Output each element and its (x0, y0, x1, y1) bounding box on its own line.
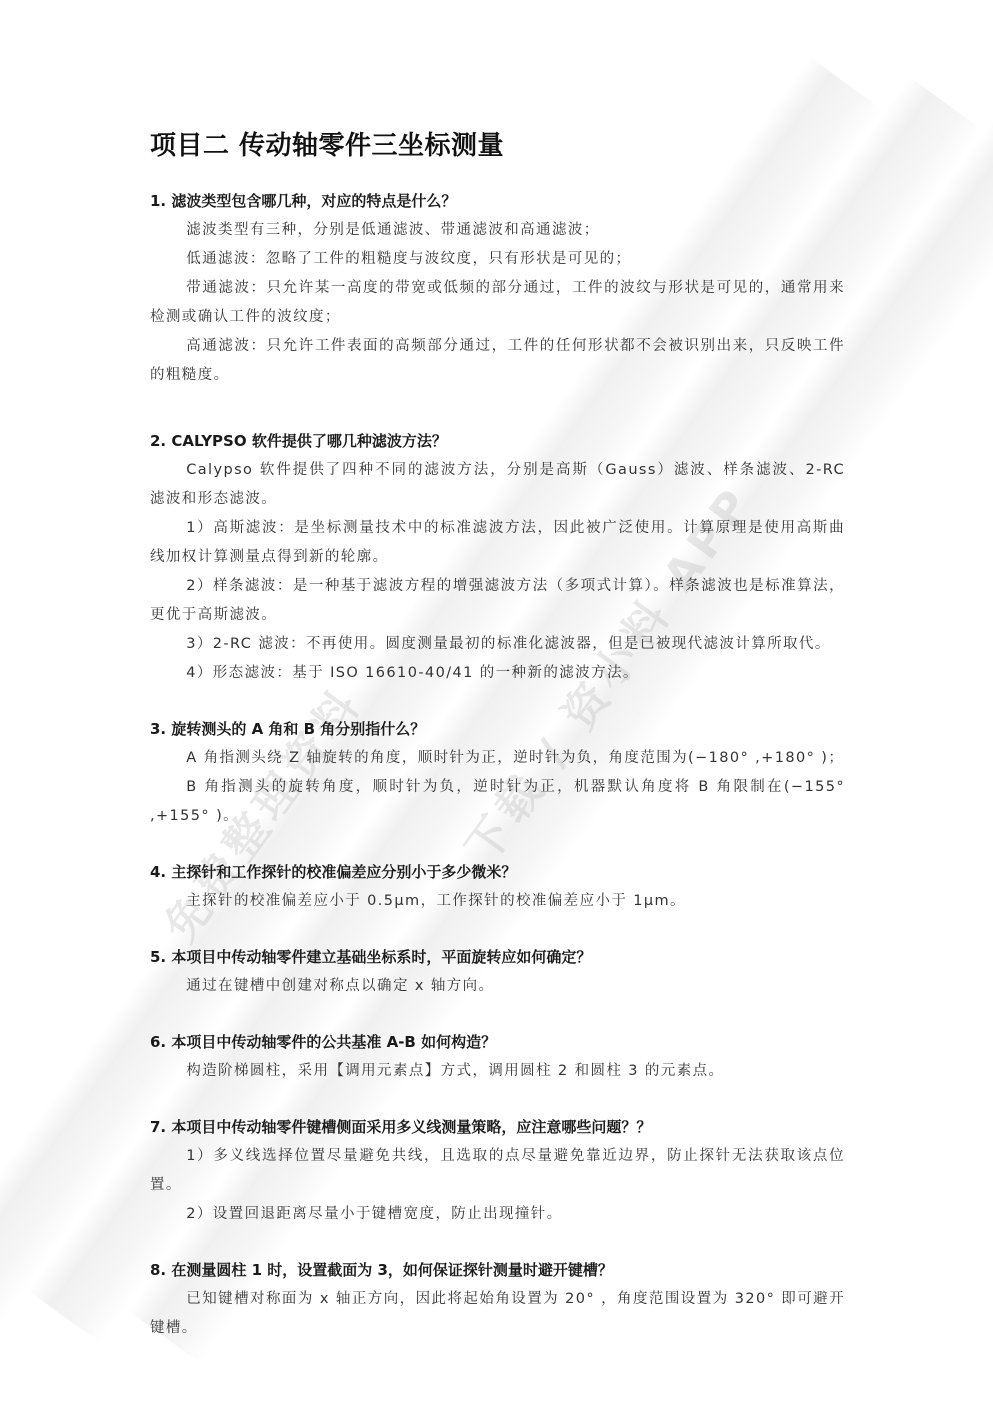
answer-body: 通过在键槽中创建对称点以确定 x 轴方向。 (150, 972, 845, 1001)
answer-body: 已知键槽对称面为 x 轴正方向，因此将起始角设置为 20° ，角度范围设置为 3… (150, 1285, 845, 1343)
answer-body: 主探针的校准偏差应小于 0.5μm，工作探针的校准偏差应小于 1μm。 (150, 887, 845, 916)
spacer (150, 688, 845, 714)
answer-body: A 角指测头绕 Z 轴旋转的角度，顺时针为正，逆时针为负，角度范围为(−180°… (150, 744, 845, 831)
answer-paragraph: Calypso 软件提供了四种不同的滤波方法，分别是高斯（Gauss）滤波、样条… (150, 456, 845, 514)
page-title: 项目二 传动轴零件三坐标测量 (150, 128, 845, 164)
answer-paragraph: 2）样条滤波：是一种基于滤波方程的增强滤波方法（多项式计算）。样条滤波也是标准算… (150, 572, 845, 630)
answer-paragraph: 构造阶梯圆柱，采用【调用元素点】方式，调用圆柱 2 和圆柱 3 的元素点。 (150, 1057, 845, 1086)
answer-paragraph: 已知键槽对称面为 x 轴正方向，因此将起始角设置为 20° ，角度范围设置为 3… (150, 1285, 845, 1343)
answer-paragraph: 3）2-RC 滤波：不再使用。圆度测量最初的标准化滤波器，但是已被现代滤波计算所… (150, 630, 845, 659)
question-3: 3. 旋转测头的 A 角和 B 角分别指什么？ A 角指测头绕 Z 轴旋转的角度… (150, 714, 845, 831)
question-8: 8. 在测量圆柱 1 时，设置截面为 3，如何保证探针测量时避开键槽？ 已知键槽… (150, 1255, 845, 1343)
answer-paragraph: 低通滤波：忽略了工件的粗糙度与波纹度，只有形状是可见的； (150, 245, 845, 274)
answer-paragraph: 滤波类型有三种，分别是低通滤波、带通滤波和高通滤波； (150, 216, 845, 245)
spacer (150, 1086, 845, 1112)
question-7: 7. 本项目中传动轴零件键槽侧面采用多义线测量策略，应注意哪些问题？？ 1）多义… (150, 1112, 845, 1229)
question-heading: 7. 本项目中传动轴零件键槽侧面采用多义线测量策略，应注意哪些问题？？ (150, 1112, 845, 1142)
question-6: 6. 本项目中传动轴零件的公共基准 A-B 如何构造？ 构造阶梯圆柱，采用【调用… (150, 1027, 845, 1086)
document-page: 项目二 传动轴零件三坐标测量 1. 滤波类型包含哪几种，对应的特点是什么？ 滤波… (150, 128, 845, 1343)
spacer (150, 390, 845, 426)
question-5: 5. 本项目中传动轴零件建立基础坐标系时，平面旋转应如何确定？ 通过在键槽中创建… (150, 942, 845, 1001)
answer-body: 1）多义线选择位置尽量避免共线，且选取的点尽量避免靠近边界，防止探针无法获取该点… (150, 1142, 845, 1229)
question-4: 4. 主探针和工作探针的校准偏差应分别小于多少微米？ 主探针的校准偏差应小于 0… (150, 857, 845, 916)
answer-body: 滤波类型有三种，分别是低通滤波、带通滤波和高通滤波； 低通滤波：忽略了工件的粗糙… (150, 216, 845, 390)
question-heading: 3. 旋转测头的 A 角和 B 角分别指什么？ (150, 714, 845, 744)
spacer (150, 1001, 845, 1027)
spacer (150, 1229, 845, 1255)
spacer (150, 916, 845, 942)
question-heading: 2. CALYPSO 软件提供了哪几种滤波方法？ (150, 426, 845, 456)
question-heading: 8. 在测量圆柱 1 时，设置截面为 3，如何保证探针测量时避开键槽？ (150, 1255, 845, 1285)
answer-paragraph: 2）设置回退距离尽量小于键槽宽度，防止出现撞针。 (150, 1200, 845, 1229)
answer-body: Calypso 软件提供了四种不同的滤波方法，分别是高斯（Gauss）滤波、样条… (150, 456, 845, 688)
answer-body: 构造阶梯圆柱，采用【调用元素点】方式，调用圆柱 2 和圆柱 3 的元素点。 (150, 1057, 845, 1086)
answer-paragraph: 1）多义线选择位置尽量避免共线，且选取的点尽量避免靠近边界，防止探针无法获取该点… (150, 1142, 845, 1200)
answer-paragraph: 4）形态滤波：基于 ISO 16610-40/41 的一种新的滤波方法。 (150, 659, 845, 688)
question-heading: 4. 主探针和工作探针的校准偏差应分别小于多少微米？ (150, 857, 845, 887)
answer-paragraph: 高通滤波：只允许工件表面的高频部分通过，工件的任何形状都不会被识别出来，只反映工… (150, 332, 845, 390)
question-2: 2. CALYPSO 软件提供了哪几种滤波方法？ Calypso 软件提供了四种… (150, 426, 845, 688)
question-1: 1. 滤波类型包含哪几种，对应的特点是什么？ 滤波类型有三种，分别是低通滤波、带… (150, 186, 845, 390)
answer-paragraph: B 角指测头的旋转角度，顺时针为负，逆时针为正，机器默认角度将 B 角限制在(−… (150, 773, 845, 831)
answer-paragraph: 带通滤波：只允许某一高度的带宽或低频的部分通过，工件的波纹与形状是可见的，通常用… (150, 274, 845, 332)
answer-paragraph: 主探针的校准偏差应小于 0.5μm，工作探针的校准偏差应小于 1μm。 (150, 887, 845, 916)
question-heading: 1. 滤波类型包含哪几种，对应的特点是什么？ (150, 186, 845, 216)
answer-paragraph: 1）高斯滤波：是坐标测量技术中的标准滤波方法，因此被广泛使用。计算原理是使用高斯… (150, 514, 845, 572)
spacer (150, 831, 845, 857)
answer-paragraph: 通过在键槽中创建对称点以确定 x 轴方向。 (150, 972, 845, 1001)
question-heading: 5. 本项目中传动轴零件建立基础坐标系时，平面旋转应如何确定？ (150, 942, 845, 972)
answer-paragraph: A 角指测头绕 Z 轴旋转的角度，顺时针为正，逆时针为负，角度范围为(−180°… (150, 744, 845, 773)
question-heading: 6. 本项目中传动轴零件的公共基准 A-B 如何构造？ (150, 1027, 845, 1057)
